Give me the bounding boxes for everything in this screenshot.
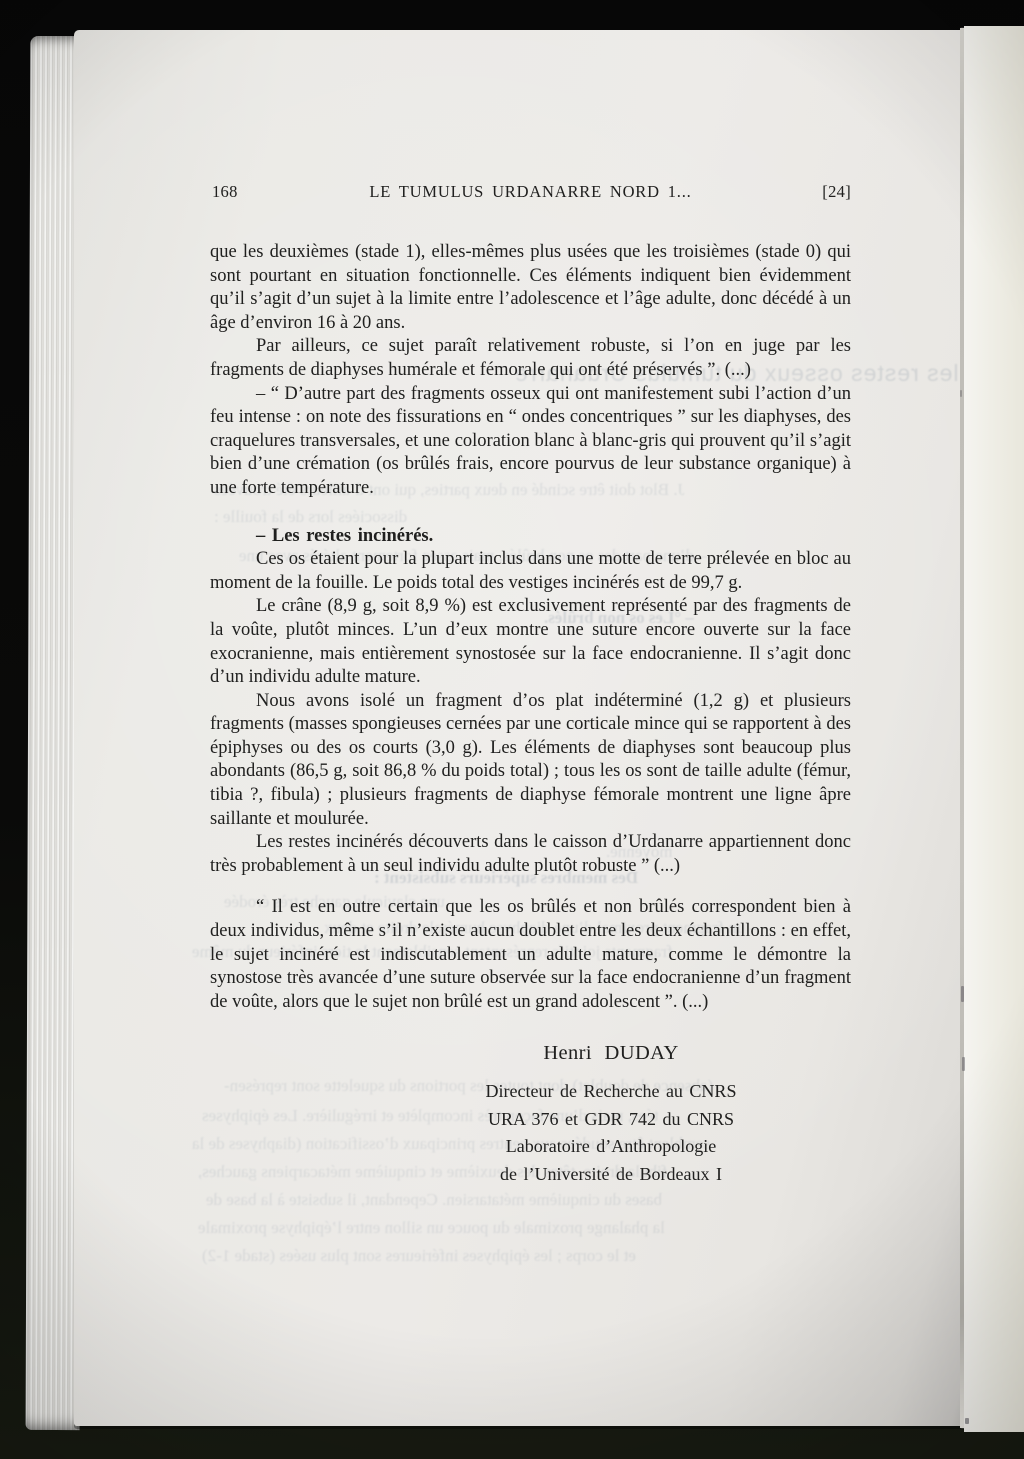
affiliation-line: de l’Université de Bordeaux I (411, 1161, 811, 1188)
paper-damage-speck (965, 1418, 969, 1424)
paper-damage-speck (961, 986, 964, 1002)
affiliation-line: Laboratoire d’Anthropologie (411, 1133, 811, 1160)
opposite-page-sliver (964, 26, 1024, 1432)
bleedthrough-text: et le corps ; les épiphyses inférieures … (202, 1246, 636, 1266)
printed-text-block: 168 LE TUMULUS URDANARRE NORD 1... [24] … (210, 182, 851, 1188)
affiliation-line: Directeur de Recherche au CNRS (411, 1078, 811, 1105)
paragraph: – “ D’autre part des fragments osseux qu… (210, 383, 851, 501)
paper-damage-speck (962, 1057, 965, 1071)
section-heading: – Les restes incinérés. (210, 525, 851, 549)
paragraph: Nous avons isolé un fragment d’os plat i… (210, 690, 851, 832)
paragraph: que les deuxièmes (stade 1), elles-mêmes… (210, 241, 851, 335)
citation-number: [24] (822, 182, 851, 202)
affiliation-line: URA 376 et GDR 742 du CNRS (411, 1106, 811, 1133)
paper-damage-speck (960, 390, 962, 397)
page-number: 168 (212, 182, 238, 202)
book-page: les restes osseux du tumulus Urdanarre J… (74, 30, 963, 1426)
page-header: 168 LE TUMULUS URDANARRE NORD 1... [24] (210, 182, 851, 204)
paragraph: Ces os étaient pour la plupart inclus da… (210, 548, 851, 595)
running-title: LE TUMULUS URDANARRE NORD 1... (369, 182, 691, 202)
bleedthrough-text: la phalange proximale du pouce un sillon… (198, 1218, 665, 1238)
photo-background: les restes osseux du tumulus Urdanarre J… (0, 0, 1024, 1459)
paragraph: “ Il est en outre certain que les os brû… (210, 896, 851, 1014)
bleedthrough-text: bases du cinquième métatarsien. Cependan… (206, 1190, 662, 1210)
paragraph: Le crâne (8,9 g, soit 8,9 %) est exclusi… (210, 595, 851, 689)
author-signature-block: Henri DUDAY Directeur de Recherche au CN… (411, 1042, 811, 1188)
body-text: que les deuxièmes (stade 1), elles-mêmes… (210, 241, 851, 1014)
paragraph: Les restes incinérés découverts dans le … (210, 831, 851, 878)
paragraph: Par ailleurs, ce sujet paraît relativeme… (210, 335, 851, 382)
author-name: Henri DUDAY (411, 1042, 811, 1065)
